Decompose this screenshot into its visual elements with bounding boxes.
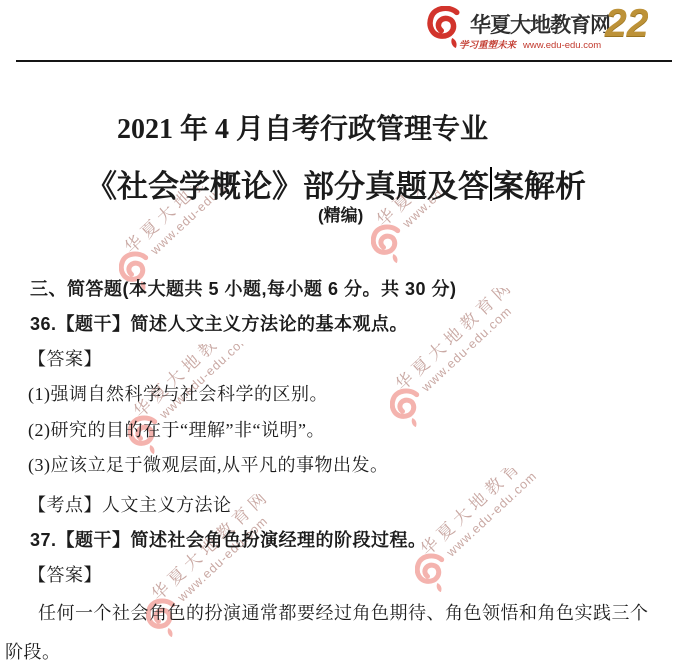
question-37-stem: 37.【题干】简述社会角色扮演经理的阶段过程。 [30, 530, 427, 551]
watermark-website: www.edu-edu.com [444, 468, 554, 559]
brand-website: www.edu-edu.com [523, 40, 601, 51]
watermark-logo-icon [415, 553, 445, 592]
answer-37-line1: 任何一个社会角色的扮演通常都要经过角色期待、角色领悟和角色实践三个 [38, 603, 649, 624]
text-caret-icon [490, 167, 492, 201]
brand-name: 华夏大地教育网 [470, 9, 610, 39]
watermark-logo-icon [371, 224, 401, 264]
watermark-logo-icon [390, 388, 420, 428]
doc-title-line2[interactable]: 《社会学概论》部分真题及答案解析 [86, 167, 586, 204]
answer-point-3: (3)应该立足于微观层面,从平凡的事物出发。 [28, 455, 389, 476]
document-page: 华夏大地教育网 www.edu-edu.com 华夏大地教育网 www.edu-… [0, 0, 680, 668]
answer-point-1: (1)强调自然科学与社会科学的区别。 [28, 384, 328, 405]
answer-point-2: (2)研究的目的在于“理解”非“说明”。 [28, 420, 325, 441]
brand-tagline: 学习重塑未来www.edu-edu.com [459, 37, 601, 51]
watermark-website: www.edu-edu.com [419, 291, 529, 395]
question-36-stem: 36.【题干】简述人文主义方法论的基本观点。 [30, 314, 408, 335]
watermark: 华夏大地教育网 www.edu-edu.com [378, 288, 593, 436]
section-heading: 三、简答题(本大题共 5 小题,每小题 6 分。共 30 分) [30, 279, 457, 300]
title-text-after-caret: 案解析 [493, 169, 586, 204]
watermark: 华夏大地教育网 www.edu-edu.com [403, 468, 581, 592]
answer-label-36: 【答案】 [28, 349, 102, 370]
brand-logo-icon [427, 6, 461, 48]
watermark-brand: 华夏大地教育网 [127, 344, 257, 422]
title-text-before-caret: 《社会学概论》部分真题及答 [86, 169, 489, 204]
page-number-badge: 22 [605, 2, 648, 46]
doc-subtitle: (精编) [318, 201, 363, 226]
watermark-website: www.edu-edu.com [157, 344, 267, 421]
header-divider [16, 60, 672, 62]
watermark-website: www.edu-edu.com [175, 501, 285, 605]
doc-title-line1: 2021 年 4 月自考行政管理专业 [117, 115, 488, 146]
watermark-brand: 华夏大地教育网 [389, 288, 519, 395]
keypoint-36: 【考点】人文主义方法论 [28, 495, 232, 516]
watermark-brand: 华夏大地教育网 [414, 468, 544, 560]
answer-label-37: 【答案】 [28, 565, 102, 586]
brand-slogan: 学习重塑未来 [459, 40, 516, 51]
answer-37-line2: 阶段。 [5, 642, 61, 663]
